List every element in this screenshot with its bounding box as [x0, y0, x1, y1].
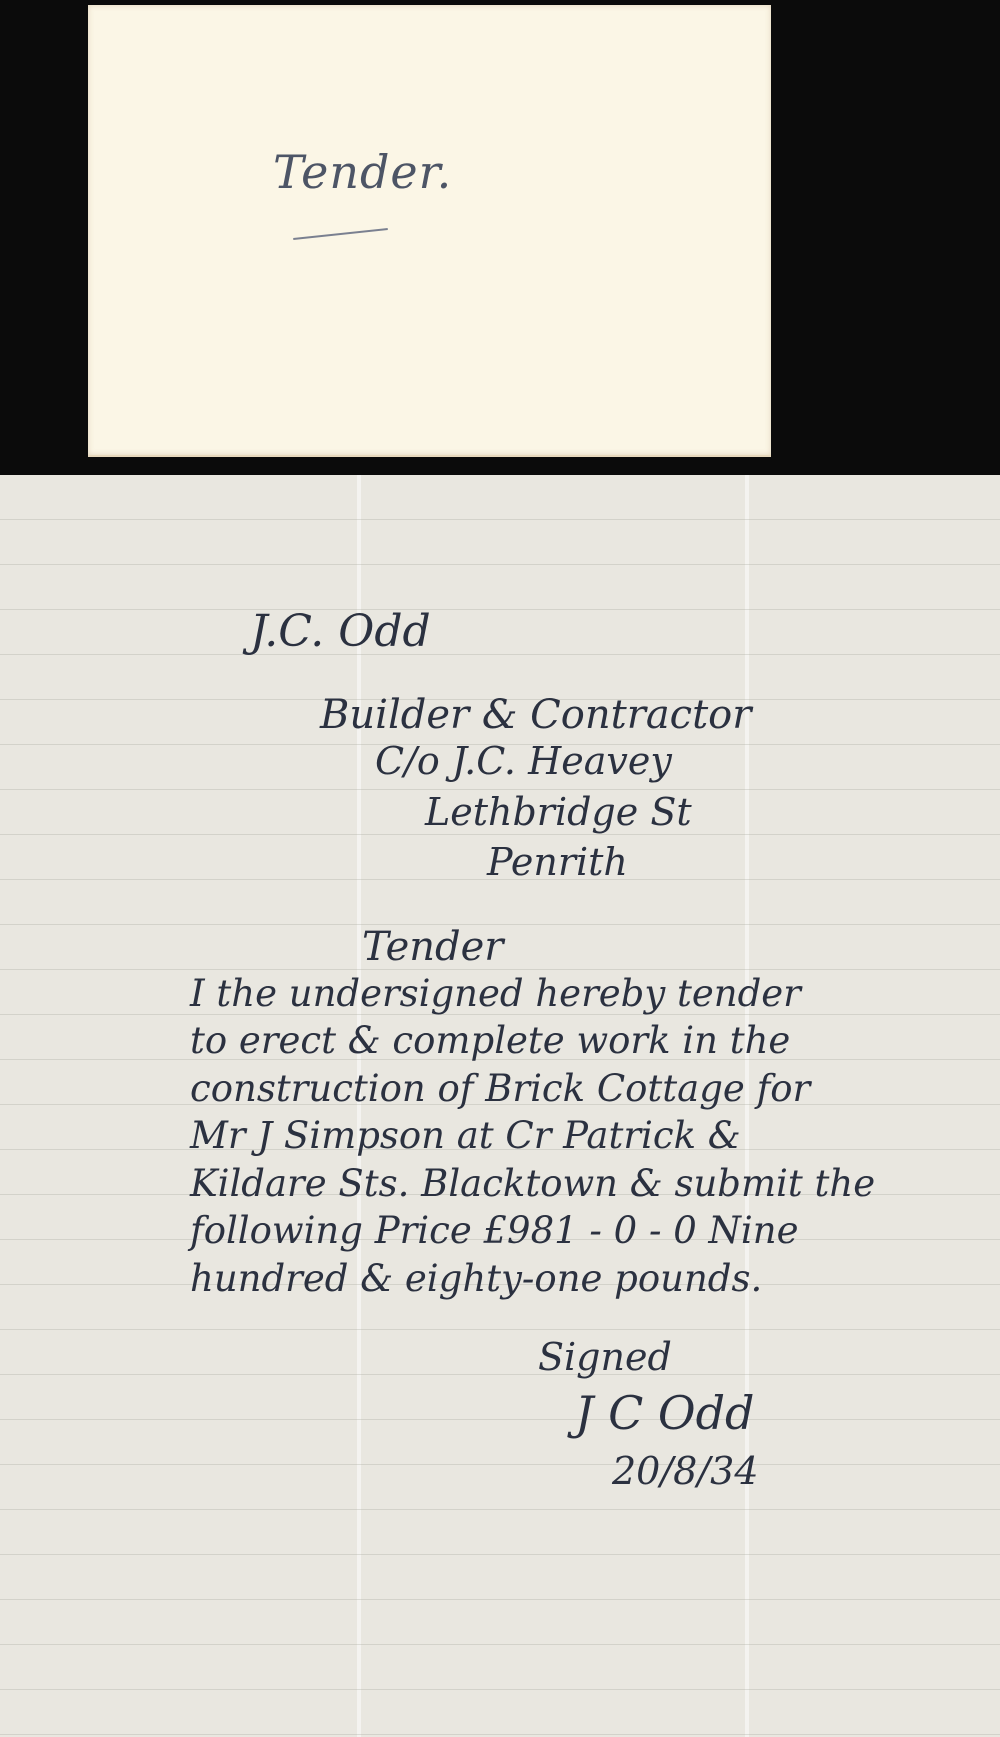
- letterhead-care-of: C/o J.C. Heavey: [375, 742, 672, 780]
- letterhead-street: Lethbridge St: [425, 793, 692, 831]
- body-line: I the undersigned hereby tender: [190, 975, 801, 1012]
- signature: J C Odd: [575, 1390, 755, 1436]
- body-line: Mr J Simpson at Cr Patrick &: [190, 1117, 741, 1154]
- letter-title: Tender: [362, 927, 503, 967]
- body-line: to erect & complete work in the: [190, 1022, 790, 1059]
- envelope-label: Tender.: [273, 145, 452, 199]
- body-line: hundred & eighty-one pounds.: [190, 1260, 762, 1297]
- body-line: Kildare Sts. Blacktown & submit the: [190, 1165, 875, 1202]
- signed-label: Signed: [538, 1338, 672, 1376]
- body-line: following Price £981 - 0 - 0 Nine: [190, 1212, 798, 1249]
- letterhead-name: J.C. Odd: [250, 610, 431, 654]
- letter-date: 20/8/34: [612, 1452, 759, 1490]
- letterhead-town: Penrith: [487, 843, 628, 881]
- envelope: Tender.: [88, 5, 771, 457]
- body-line: construction of Brick Cottage for: [190, 1070, 810, 1107]
- envelope-underline: [293, 228, 388, 240]
- letterhead-occupation: Builder & Contractor: [320, 695, 751, 735]
